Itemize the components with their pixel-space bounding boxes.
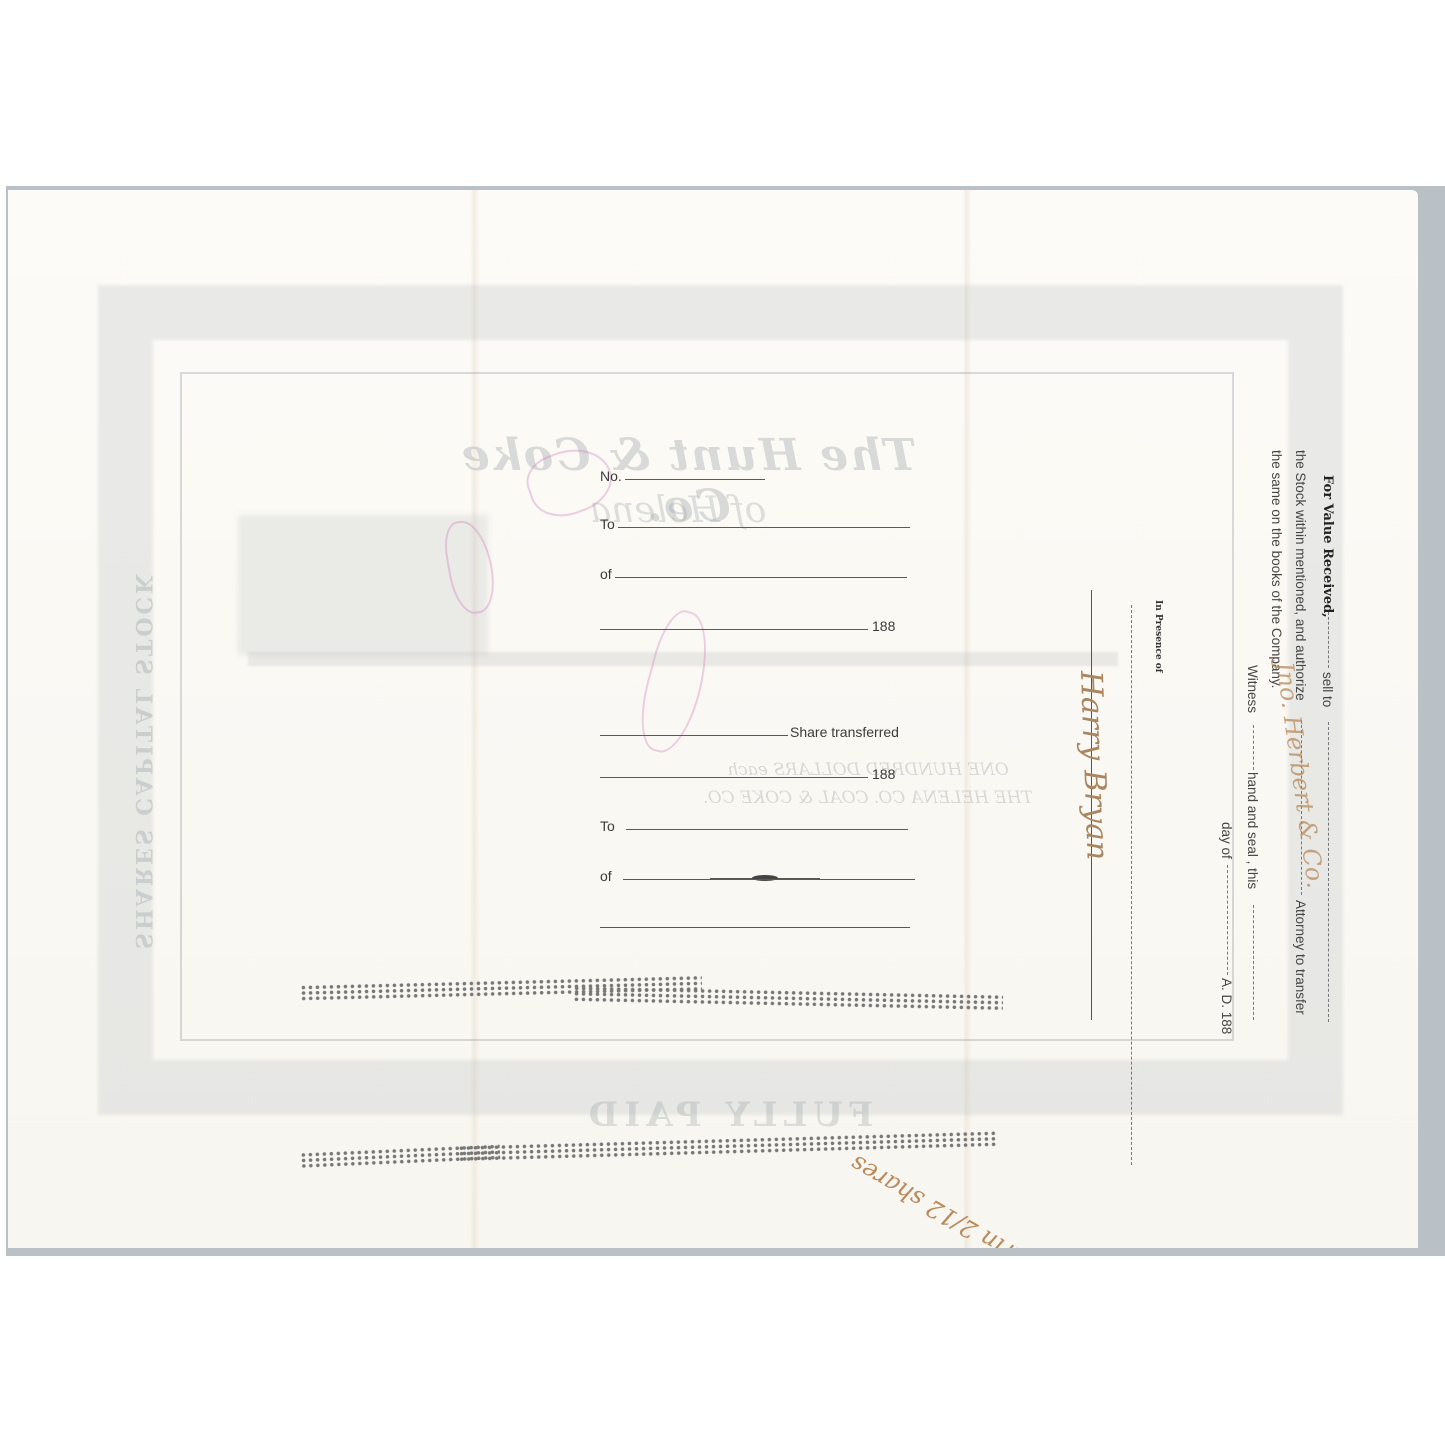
- stub-of-label-2: of: [600, 868, 612, 884]
- stub-to-line: [618, 527, 910, 528]
- stub-signature-line: [600, 927, 910, 928]
- stub-signature-field[interactable]: [600, 912, 910, 932]
- for-value-received-label: For Value Received,: [1320, 475, 1335, 618]
- certificate-paper: The Hunt & Coke Co. of Helena SHARES CAP…: [8, 190, 1418, 1248]
- stub-to-field[interactable]: To: [600, 512, 910, 532]
- sell-to-blank-line[interactable]: [1328, 722, 1329, 1022]
- stub-shares-label: Share transferred: [790, 724, 899, 740]
- stub-shares-line: [600, 735, 788, 736]
- handwritten-signature: Harry Bryan: [1073, 670, 1115, 861]
- this-day-blank-line[interactable]: [1253, 905, 1254, 1020]
- signature-line[interactable]: [1131, 605, 1132, 1165]
- sell-blank-line[interactable]: [1328, 612, 1329, 668]
- assignment-block: For Value Received, sell to the Stock wi…: [1103, 360, 1343, 1020]
- hand-and-seal-label: hand and seal , this: [1245, 772, 1260, 889]
- stub-of-line: [615, 577, 907, 578]
- books-of-company-text: the same on the books of the Company.: [1269, 450, 1284, 688]
- stub-to-line-2: [626, 829, 908, 830]
- perforation-cancel-row-2: [458, 1130, 998, 1161]
- in-presence-of-label: In Presence of: [1153, 600, 1163, 673]
- stub-no-field[interactable]: No.: [600, 464, 765, 484]
- stub-year-label: 188: [872, 618, 895, 634]
- stub-to-field-2[interactable]: To: [600, 814, 908, 834]
- stub-date-line: [600, 629, 868, 630]
- ghost-side-label: SHARES CAPITAL STOCK: [128, 550, 156, 970]
- attorney-to-transfer-label: Attorney to transfer: [1293, 900, 1308, 1015]
- handwritten-bottom-note-text: Harry McLaurin 2/12 shares: [845, 1149, 1159, 1248]
- stub-no-label: No.: [600, 468, 622, 484]
- stub-year-label-2: 188: [872, 766, 895, 782]
- day-of-label: day of: [1219, 822, 1234, 859]
- stub-shares-field[interactable]: Share transferred: [600, 720, 902, 740]
- stub-of-label: of: [600, 566, 612, 582]
- stub-of-field-2[interactable]: of: [600, 864, 915, 884]
- stub-to-label: To: [600, 516, 615, 532]
- stub-date-field[interactable]: 188: [600, 614, 898, 634]
- stub-date-line-2: [600, 777, 868, 778]
- sell-to-label: sell to: [1320, 672, 1335, 707]
- stub-to-label-2: To: [600, 818, 615, 834]
- witness-blank-line[interactable]: [1253, 725, 1254, 770]
- day-of-blank-line[interactable]: [1227, 865, 1228, 975]
- stub-of-line-2: [623, 879, 915, 880]
- ghost-bottom-label: FULLY PAID: [468, 1095, 988, 1135]
- ghost-company-line: THE HELENA CO. COAL & COKE CO.: [588, 788, 1148, 808]
- stub-date-field-2[interactable]: 188: [600, 762, 898, 782]
- stub-no-line: [625, 479, 765, 480]
- witness-label: Witness: [1245, 665, 1260, 713]
- perforation-cancel-row-2b: [300, 1144, 501, 1169]
- ad-year-label: A. D. 188: [1219, 978, 1234, 1034]
- handwritten-bottom-note: Harry McLaurin 2/12 shares: [1031, 1222, 1045, 1246]
- stub-of-field[interactable]: of: [600, 562, 907, 582]
